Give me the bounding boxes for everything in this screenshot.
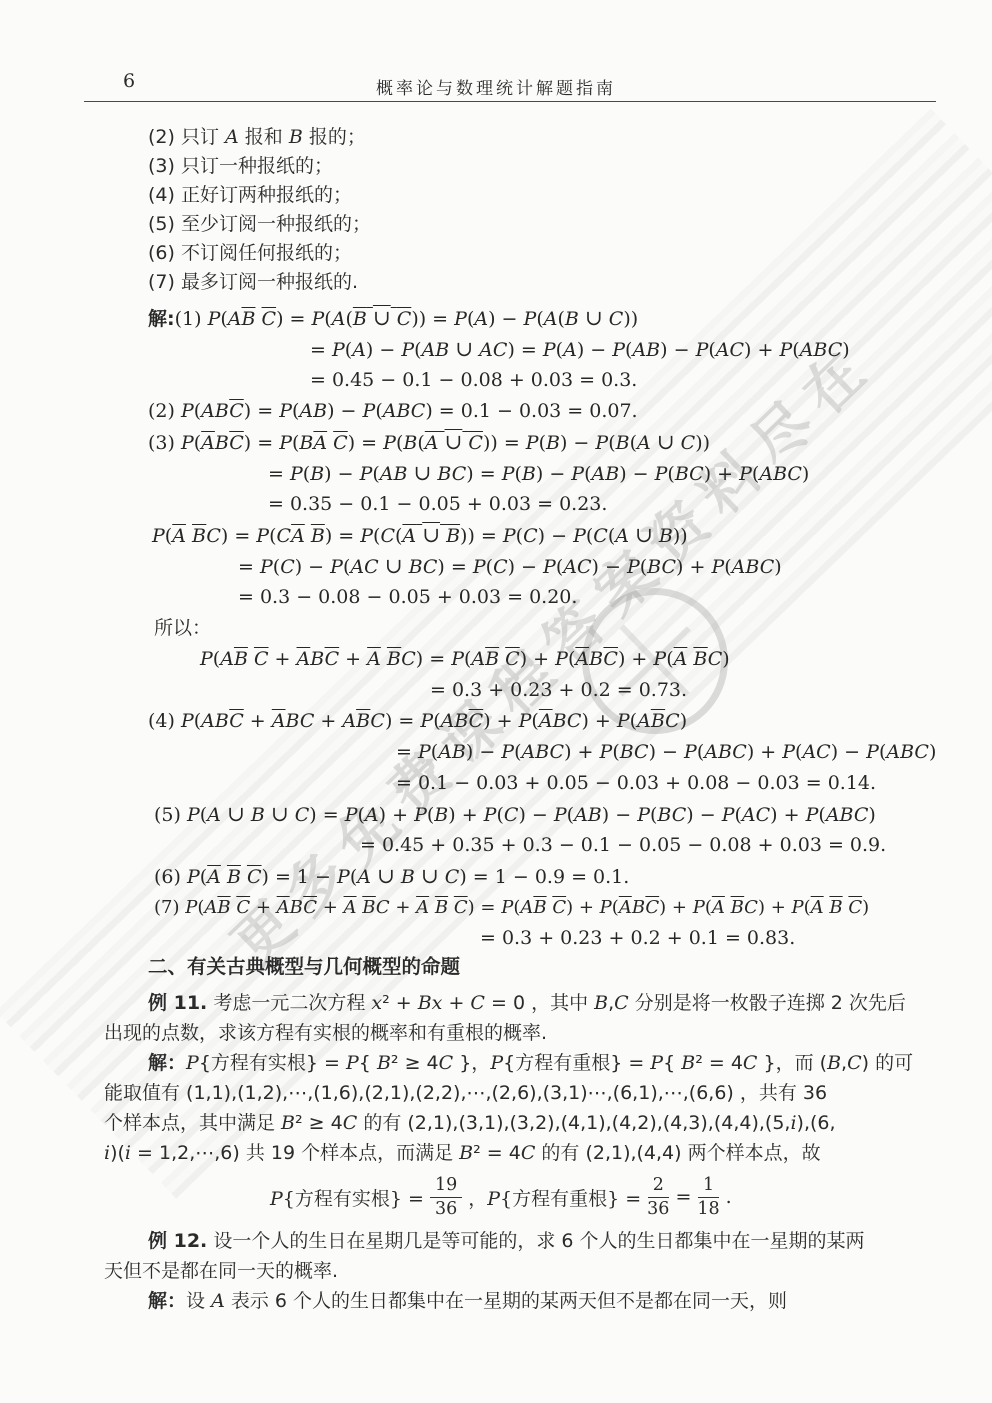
formula-line: = P(B) − P(AB ∪ BC) = P(B) − P(AB) − P(B… [104,458,952,489]
list-item: (3) 只订一种报纸的； [148,152,371,181]
fraction: 236 [647,1175,669,1218]
formula-line: (3) P(ABC) = P(BA C) = P(B(A ∪ C)) = P(B… [104,427,952,458]
problem-list: (2) 只订 A 报和 B 报的； (3) 只订一种报纸的； (4) 正好订两种… [148,123,371,297]
paragraph-line: 出现的点数，求该方程有实根的概率和有重根的概率. [104,1018,952,1048]
example-label: 例 12. [148,1230,207,1252]
list-item: (5) 至少订阅一种报纸的； [148,210,371,239]
list-item: (6) 不订阅任何报纸的； [148,239,371,268]
header-rule [84,101,936,102]
formula-line: = P(C) − P(AC ∪ BC) = P(C) − P(AC) − P(B… [104,551,952,582]
text-line: 所以： [104,613,952,644]
list-item: (7) 最多订阅一种报纸的. [148,268,371,297]
solution-label: 解: [148,308,175,330]
paragraph-line: 解：设 A 表示 6 个人的生日都集中在一星期的某两天但不是都在同一天，则 [104,1286,952,1316]
result-formula-line: P{方程有实根} = 1936 ，P{方程有重根} = 236 = 118 . [104,1168,952,1226]
formula-line: = P(AB) − P(ABC) + P(BC) − P(ABC) + P(AC… [104,737,952,768]
formula-line: (2) P(ABC) = P(AB) − P(ABC) = 0.1 − 0.03… [104,396,952,427]
list-item: (4) 正好订两种报纸的； [148,181,371,210]
section-heading: 二、有关古典概型与几何概型的命题 [148,952,460,982]
formula-line: = 0.35 − 0.1 − 0.05 + 0.03 = 0.23. [104,489,952,520]
formula-line: (6) P(A B C) = 1 − P(A ∪ B ∪ C) = 1 − 0.… [104,861,952,892]
paragraph-line: 个样本点，其中满足 B² ≥ 4C 的有 (2,1),(3,1),(3,2),(… [104,1108,952,1138]
paragraph-line: 天但不是都在同一天的概率. [104,1256,952,1286]
solution-block: 解:(1) P(AB C) = P(A(B ∪ C)) = P(A) − P(A… [104,303,952,954]
formula-line: P(A BC) = P(CA B) = P(C(A ∪ B)) = P(C) −… [104,520,952,551]
paragraph-line: i)(i = 1,2,⋯,6) 共 19 个样本点，而满足 B² = 4C 的有… [104,1138,952,1168]
paragraph-line: 能取值有 (1,1),(1,2),⋯,(1,6),(2,1),(2,2),⋯,(… [104,1078,952,1108]
fraction: 118 [697,1175,719,1218]
formula-line: = 0.45 + 0.35 + 0.3 − 0.1 − 0.05 − 0.08 … [104,830,952,861]
formula-line: (4) P(ABC + ABC + ABC) = P(ABC) + P(ABC)… [104,706,952,737]
example-12: 例 12. 设一个人的生日在星期几是等可能的，求 6 个人的生日都集中在一星期的… [104,1226,952,1316]
formula-line: = 0.3 − 0.08 − 0.05 + 0.03 = 0.20. [104,582,952,613]
solution-label: 解： [148,1052,186,1074]
fraction: 1936 [430,1175,462,1218]
formula-line: = 0.45 − 0.1 − 0.08 + 0.03 = 0.3. [104,365,952,396]
formula-line: = 0.3 + 0.23 + 0.2 + 0.1 = 0.83. [104,923,952,954]
formula-line: P(AB C + ABC + A BC) = P(AB C) + P(ABC) … [104,644,952,675]
formula-line: = 0.1 − 0.03 + 0.05 − 0.03 + 0.08 − 0.03… [104,768,952,799]
example-11: 例 11. 考虑一元二次方程 x² + Bx + C = 0 ，其中 B,C 分… [104,988,952,1226]
running-header-title: 概率论与数理统计解题指南 [0,74,992,99]
solution-label: 解： [148,1290,186,1312]
scanned-book-page: 更多免费课程答案资料尽在 6 概率论与数理统计解题指南 (2) 只订 A 报和 … [0,0,992,1403]
paragraph-line: 解：P{方程有实根} = P{ B² ≥ 4C }，P{方程有重根} = P{ … [104,1048,952,1078]
formula-line: (5) P(A ∪ B ∪ C) = P(A) + P(B) + P(C) − … [104,799,952,830]
paragraph-line: 例 11. 考虑一元二次方程 x² + Bx + C = 0 ，其中 B,C 分… [104,988,952,1018]
formula-line: = P(A) − P(AB ∪ AC) = P(A) − P(AB) − P(A… [104,334,952,365]
formula-line: = 0.3 + 0.23 + 0.2 = 0.73. [104,675,952,706]
example-label: 例 11. [148,992,207,1014]
formula-line: 解:(1) P(AB C) = P(A(B ∪ C)) = P(A) − P(A… [104,303,952,334]
formula-line: (7) P(AB C + ABC + A BC + A B C) = P(AB … [104,892,952,923]
list-item: (2) 只订 A 报和 B 报的； [148,123,371,152]
paragraph-line: 例 12. 设一个人的生日在星期几是等可能的，求 6 个人的生日都集中在一星期的… [104,1226,952,1256]
